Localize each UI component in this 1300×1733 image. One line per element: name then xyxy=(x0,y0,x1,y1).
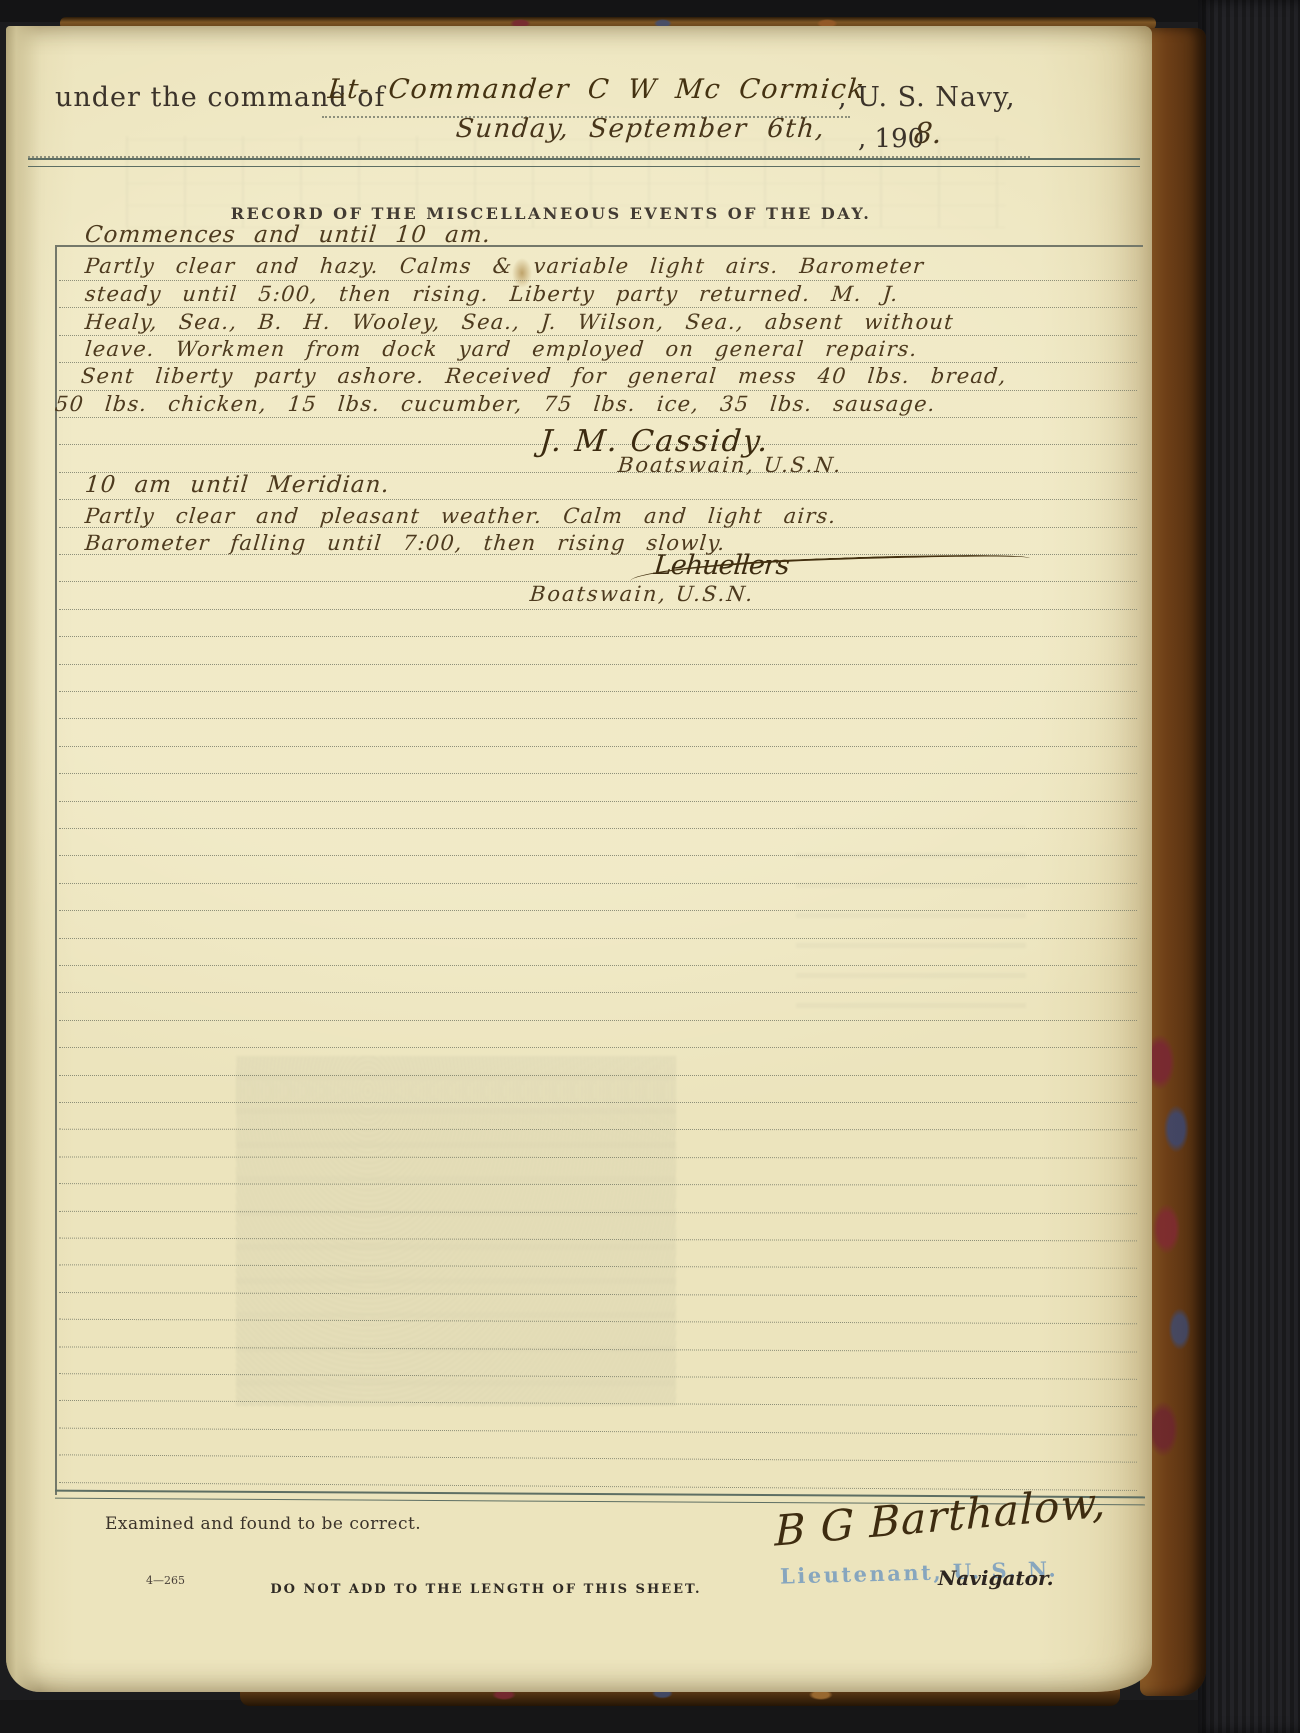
examined-label: Examined and found to be correct. xyxy=(105,1514,421,1534)
ruled-line xyxy=(59,718,1137,719)
year-digit-handwritten: 8. xyxy=(913,116,944,150)
ruled-line xyxy=(59,1210,1137,1213)
header-divider-rule xyxy=(28,158,1140,167)
length-warning: DO NOT ADD TO THE LENGTH OF THIS SHEET. xyxy=(256,1582,716,1597)
ruled-line xyxy=(59,1346,1137,1352)
ruled-line xyxy=(59,1400,1137,1407)
log-line: steady until 5:00, then rising. Liberty … xyxy=(84,282,900,306)
ruled-line xyxy=(59,1102,1137,1103)
ruled-line xyxy=(59,1373,1137,1380)
ruled-line xyxy=(59,773,1137,774)
log-line: leave. Workmen from dock yard employed o… xyxy=(84,337,919,361)
ruled-line xyxy=(59,636,1137,637)
ruled-line xyxy=(59,1319,1137,1325)
ruled-line xyxy=(59,390,1137,391)
navigator-label: Navigator. xyxy=(938,1566,1054,1590)
log-line: Partly clear and pleasant weather. Calm … xyxy=(84,504,838,528)
navy-suffix-label: , U. S. Navy, xyxy=(838,82,1016,113)
watch2-heading: 10 am until Meridian. xyxy=(84,472,391,498)
ruled-line xyxy=(59,992,1137,993)
ruled-line xyxy=(59,828,1137,829)
ruled-line xyxy=(59,1156,1137,1158)
log-line: Partly clear and hazy. Calms & variable … xyxy=(84,254,925,278)
ruled-line xyxy=(59,1129,1137,1131)
ruled-line xyxy=(59,417,1137,418)
ruled-line xyxy=(59,609,1137,610)
ruled-line xyxy=(59,664,1137,665)
ruled-line xyxy=(59,335,1137,336)
ruled-line xyxy=(59,1427,1137,1435)
ruled-line xyxy=(59,1265,1137,1269)
ruled-line xyxy=(59,499,1137,500)
ruled-line xyxy=(59,307,1137,308)
page-gutter xyxy=(6,26,40,1692)
ruled-line xyxy=(59,1455,1137,1463)
ruled-line xyxy=(59,910,1137,911)
ruled-line xyxy=(59,280,1137,281)
log-line: Barometer falling until 7:00, then risin… xyxy=(84,531,727,555)
ruled-line xyxy=(59,1238,1137,1242)
ruled-line xyxy=(59,691,1137,692)
photo-backdrop: { "header": { "printed_prefix": "under t… xyxy=(0,0,1300,1733)
log-line: 50 lbs. chicken, 15 lbs. cucumber, 75 lb… xyxy=(54,392,937,416)
log-line: Healy, Sea., B. H. Wooley, Sea., J. Wils… xyxy=(84,310,955,334)
form-number: 4—265 xyxy=(146,1574,185,1587)
ruled-line xyxy=(59,965,1137,966)
section-title: RECORD OF THE MISCELLANEOUS EVENTS OF TH… xyxy=(6,204,1096,223)
ruled-line xyxy=(59,1183,1137,1186)
date-handwritten: Sunday, September 6th, xyxy=(455,114,827,144)
ruled-line xyxy=(59,1047,1137,1048)
ruled-line xyxy=(59,855,1137,856)
ruled-line xyxy=(59,746,1137,747)
ruled-line xyxy=(59,801,1137,802)
commander-name-handwritten: Lt- Commander C W Mc Cormick xyxy=(327,74,867,105)
backdrop-right-cloth xyxy=(1198,0,1300,1733)
watch2-signature-title: Boatswain, U.S.N. xyxy=(529,582,755,606)
ruled-line xyxy=(59,1020,1137,1021)
ruled-line xyxy=(59,1292,1137,1297)
watch1-signature-title: Boatswain, U.S.N. xyxy=(617,453,843,477)
log-page: under the command of Lt- Commander C W M… xyxy=(6,26,1152,1692)
ruled-line xyxy=(59,883,1137,884)
ruled-line xyxy=(59,1075,1137,1076)
ruled-line xyxy=(59,938,1137,939)
log-line: Sent liberty party ashore. Received for … xyxy=(80,364,1008,388)
